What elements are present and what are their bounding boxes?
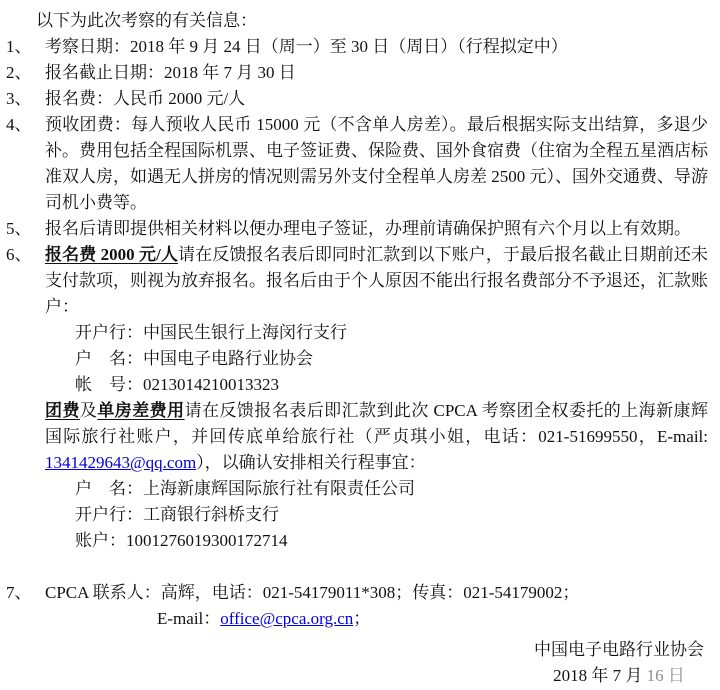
qq-email-link[interactable]: 1341429643@qq.com bbox=[45, 453, 196, 472]
conjunction-text: 及 bbox=[80, 401, 97, 420]
item-number: 3、 bbox=[6, 86, 45, 112]
item-number: 2、 bbox=[6, 60, 45, 86]
bank-line-account-name: 户 名：中国电子电路行业协会 bbox=[75, 346, 708, 372]
contact-line: CPCA 联系人：高辉，电话：021-54179011*308；传真：021-5… bbox=[45, 580, 708, 606]
cpca-email-link[interactable]: office@cpca.org.cn bbox=[220, 609, 353, 628]
list-item-2: 2、 报名截止日期：2018 年 7 月 30 日 bbox=[6, 60, 708, 86]
tour-fee-highlight: 团费 bbox=[45, 401, 80, 420]
signature-date-prefix: 2018 年 7 月 bbox=[553, 666, 647, 685]
bank-line-account-name: 户 名：上海新康辉国际旅行社有限责任公司 bbox=[75, 476, 708, 502]
registration-fee-paragraph: 报名费 2000 元/人请在反馈报名表后即同时汇款到以下账户，于最后报名截止日期… bbox=[45, 242, 708, 320]
signature-date: 2018 年 7 月 16 日 bbox=[534, 663, 704, 689]
item-text-inspection-dates: 考察日期：2018 年 9 月 24 日（周一）至 30 日（周日）（行程拟定中… bbox=[45, 34, 708, 60]
list-item-4: 4、 预收团费：每人预收人民币 15000 元（不含单人房差）。最后根据实际支出… bbox=[6, 112, 708, 216]
item-number: 5、 bbox=[6, 216, 45, 242]
item-text-registration-fee: 报名费：人民币 2000 元/人 bbox=[45, 86, 708, 112]
registration-fee-highlight: 报名费 2000 元/人 bbox=[45, 245, 178, 264]
document-page: 以下为此次考察的有关信息： 1、 考察日期：2018 年 9 月 24 日（周一… bbox=[0, 0, 720, 690]
list-item-6: 6、 报名费 2000 元/人请在反馈报名表后即同时汇款到以下账户，于最后报名截… bbox=[6, 242, 708, 554]
email-suffix: ； bbox=[353, 609, 370, 628]
item-7-content: CPCA 联系人：高辉，电话：021-54179011*308；传真：021-5… bbox=[45, 580, 708, 632]
bank-account-block-travel-agency: 户 名：上海新康辉国际旅行社有限责任公司 开户行：工商银行斜桥支行 账户：100… bbox=[45, 476, 708, 554]
item-number: 6、 bbox=[6, 242, 45, 554]
intro-line: 以下为此次考察的有关信息： bbox=[6, 8, 708, 34]
tour-fee-terms-tail: ），以确认安排相关行程事宜： bbox=[196, 453, 426, 472]
signature-date-faded: 16 日 bbox=[647, 666, 685, 685]
tour-fee-paragraph: 团费及单房差费用请在反馈报名表后即汇款到此次 CPCA 考察团全权委托的上海新康… bbox=[45, 398, 708, 476]
single-room-fee-highlight: 单房差费用 bbox=[97, 401, 184, 420]
bank-line-opening-bank: 开户行：工商银行斜桥支行 bbox=[75, 502, 708, 528]
item-number: 1、 bbox=[6, 34, 45, 60]
signature-organization: 中国电子电路行业协会 bbox=[534, 637, 704, 663]
bank-account-block-cpca: 开户行：中国民生银行上海闵行支行 户 名：中国电子电路行业协会 帐 号：0213… bbox=[45, 320, 708, 398]
item-text-registration-deadline: 报名截止日期：2018 年 7 月 30 日 bbox=[45, 60, 708, 86]
email-label: E-mail： bbox=[157, 609, 220, 628]
item-6-content: 报名费 2000 元/人请在反馈报名表后即同时汇款到以下账户，于最后报名截止日期… bbox=[45, 242, 708, 554]
item-text-visa-materials: 报名后请即提供相关材料以便办理电子签证，办理前请确保护照有六个月以上有效期。 bbox=[45, 216, 708, 242]
list-item-3: 3、 报名费：人民币 2000 元/人 bbox=[6, 86, 708, 112]
list-item-7: 7、 CPCA 联系人：高辉，电话：021-54179011*308；传真：02… bbox=[6, 580, 708, 632]
item-number: 4、 bbox=[6, 112, 45, 216]
bank-line-account-number: 帐 号：0213014210013323 bbox=[75, 372, 708, 398]
list-item-5: 5、 报名后请即提供相关材料以便办理电子签证，办理前请确保护照有六个月以上有效期… bbox=[6, 216, 708, 242]
bank-line-opening-bank: 开户行：中国民生银行上海闵行支行 bbox=[75, 320, 708, 346]
signature-block: 中国电子电路行业协会 2018 年 7 月 16 日 bbox=[534, 637, 704, 689]
bank-line-account-number: 账户：1001276019300172714 bbox=[75, 528, 708, 554]
contact-email-line: E-mail：office@cpca.org.cn； bbox=[45, 606, 708, 632]
list-item-1: 1、 考察日期：2018 年 9 月 24 日（周一）至 30 日（周日）（行程… bbox=[6, 34, 708, 60]
item-number: 7、 bbox=[6, 580, 45, 632]
item-text-tour-fee: 预收团费：每人预收人民币 15000 元（不含单人房差）。最后根据实际支出结算，… bbox=[45, 112, 708, 216]
